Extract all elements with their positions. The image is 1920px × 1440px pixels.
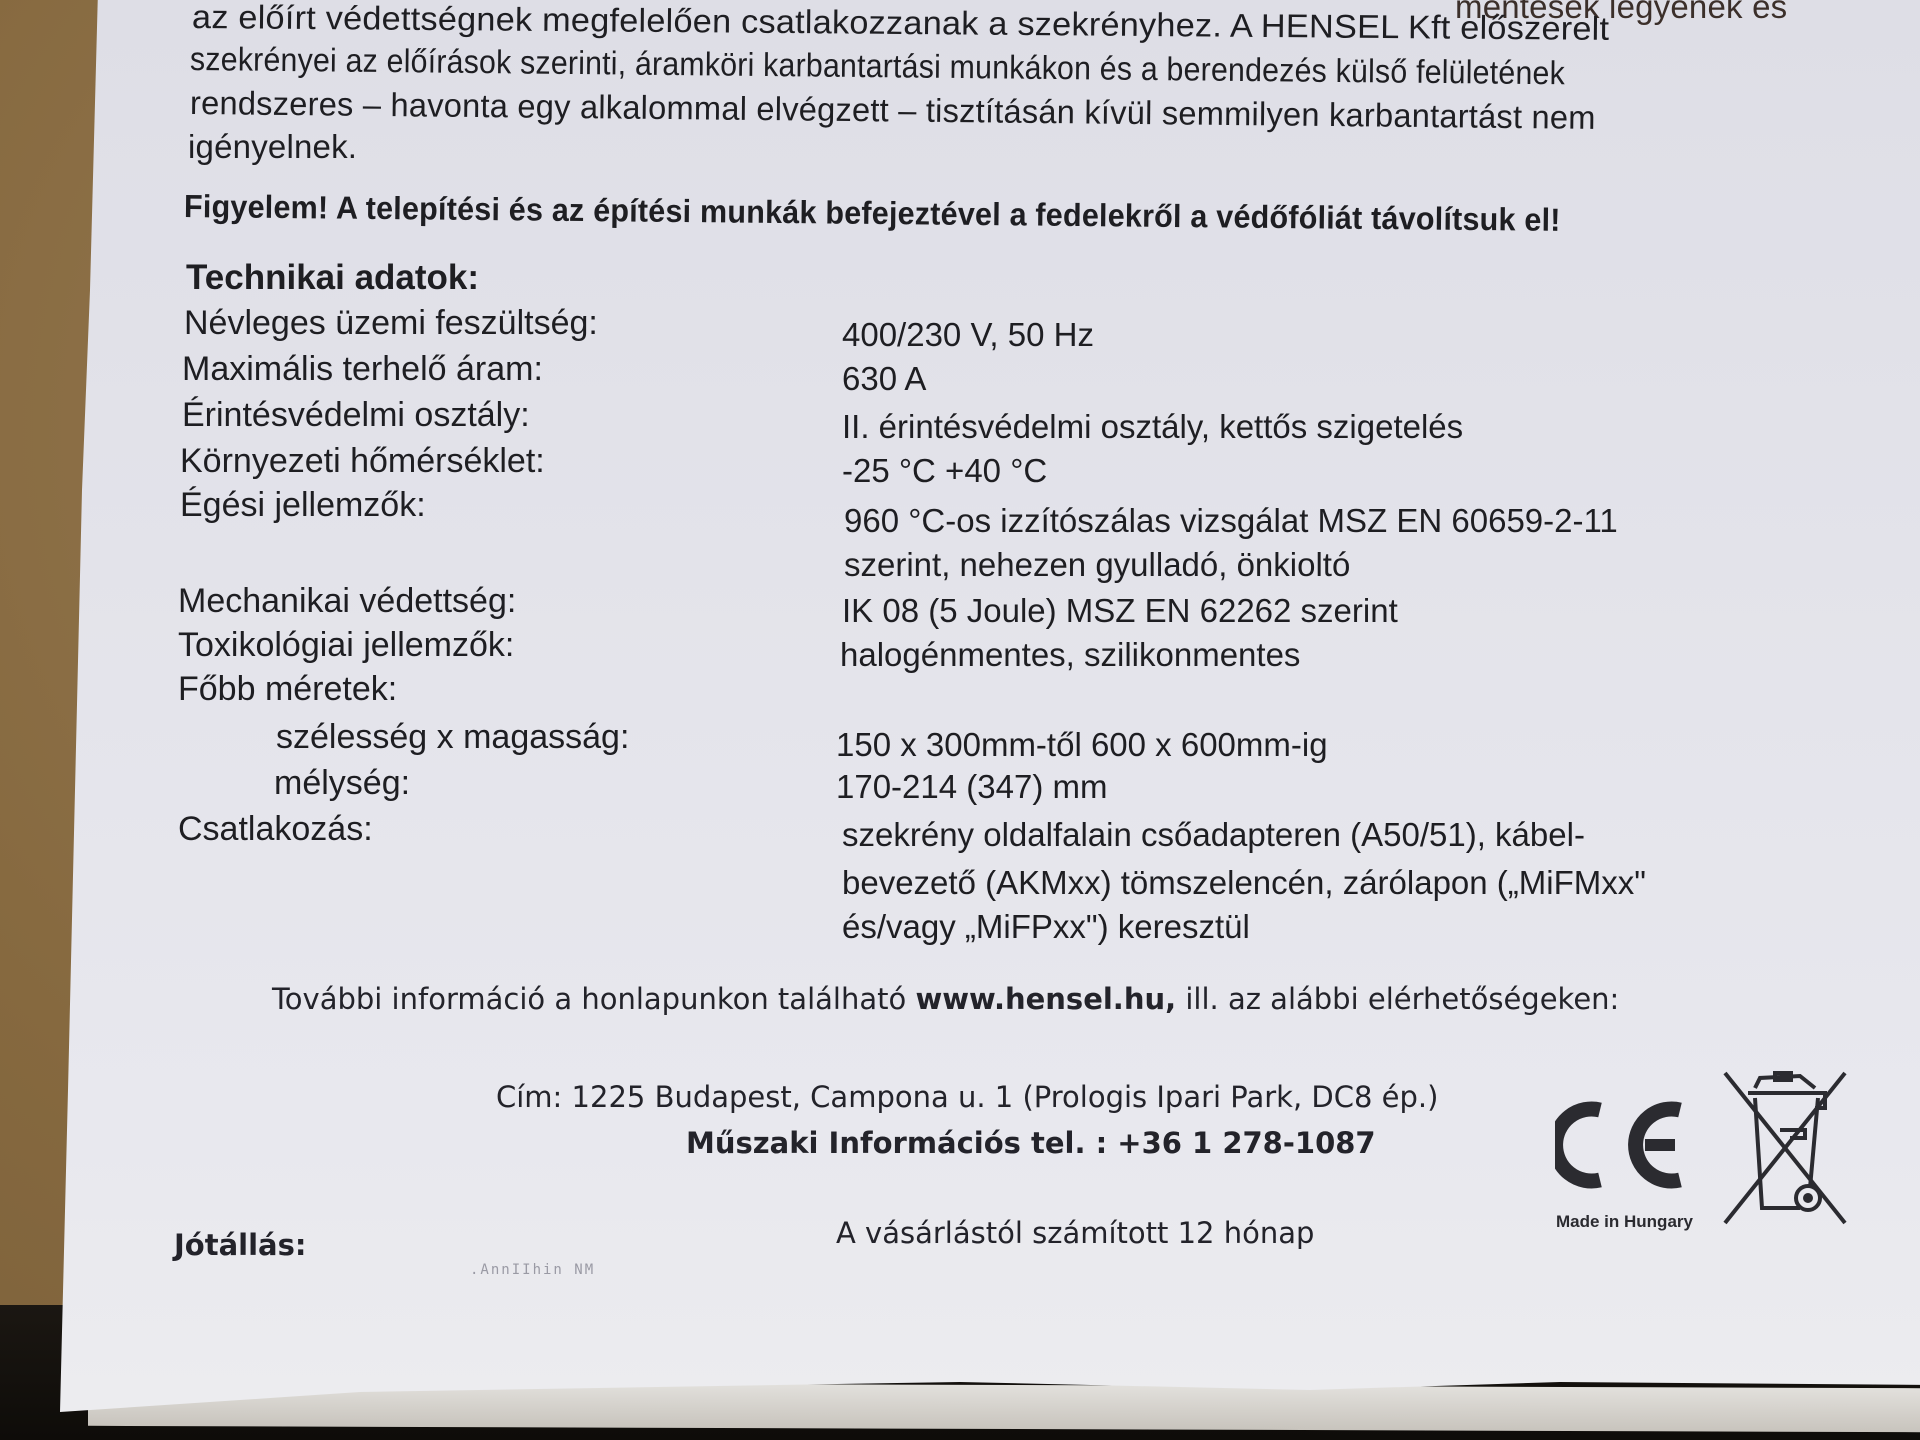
technical-heading: Technikai adatok: bbox=[186, 258, 479, 298]
spec-label: mélység: bbox=[274, 764, 410, 803]
spec-label: Csatlakozás: bbox=[178, 810, 373, 849]
spec-label: szélesség x magasság: bbox=[276, 718, 629, 757]
spec-value: IK 08 (5 Joule) MSZ EN 62262 szerint bbox=[842, 592, 1398, 630]
spec-label: Főbb méretek: bbox=[178, 670, 397, 709]
intro-line-4: igényelnek. bbox=[188, 128, 357, 166]
spec-value: 960 °C-os izzítószálas vizsgálat MSZ EN … bbox=[844, 502, 1618, 540]
more-info-prefix: További információ a honlapunkon találha… bbox=[272, 982, 915, 1016]
spec-label: Égési jellemzők: bbox=[180, 486, 426, 525]
address: Cím: 1225 Budapest, Campona u. 1 (Prolog… bbox=[496, 1080, 1438, 1114]
spec-value: 400/230 V, 50 Hz bbox=[842, 316, 1094, 354]
spec-label: Mechanikai védettség: bbox=[178, 582, 516, 621]
made-in-hungary: Made in Hungary bbox=[1556, 1212, 1693, 1232]
spec-value: bevezető (AKMxx) tömszelencén, zárólapon… bbox=[842, 864, 1646, 902]
spec-label: Érintésvédelmi osztály: bbox=[182, 396, 530, 435]
faint-stamp: .AnnIIhin NM bbox=[470, 1262, 595, 1278]
phone: Műszaki Információs tel. : +36 1 278-108… bbox=[686, 1126, 1376, 1160]
more-info-line: További információ a honlapunkon találha… bbox=[272, 982, 1619, 1016]
spec-value: szekrény oldalfalain csőadapteren (A50/5… bbox=[842, 816, 1585, 854]
spec-label: Környezeti hőmérséklet: bbox=[180, 442, 545, 481]
website-link[interactable]: www.hensel.hu, bbox=[915, 982, 1176, 1016]
spec-label: Toxikológiai jellemzők: bbox=[178, 626, 514, 665]
spec-value: szerint, nehezen gyulladó, önkioltó bbox=[844, 546, 1350, 584]
spec-value: 170-214 (347) mm bbox=[836, 768, 1107, 806]
spec-value: -25 °C +40 °C bbox=[842, 452, 1047, 490]
spec-value: II. érintésvédelmi osztály, kettős szige… bbox=[842, 408, 1463, 446]
spec-label: Névleges üzemi feszültség: bbox=[184, 304, 598, 343]
spec-value: 150 x 300mm-től 600 x 600mm-ig bbox=[836, 726, 1328, 764]
spec-value: és/vagy „MiFPxx") keresztül bbox=[842, 908, 1250, 946]
weee-crossed-bin-icon bbox=[1720, 1068, 1850, 1233]
ce-mark-icon bbox=[1555, 1100, 1695, 1195]
warranty-value: A vásárlástól számított 12 hónap bbox=[836, 1216, 1314, 1250]
spec-label: Maximális terhelő áram: bbox=[182, 350, 543, 389]
more-info-suffix: ill. az alábbi elérhetőségeken: bbox=[1176, 982, 1619, 1016]
spec-value: 630 A bbox=[842, 360, 926, 398]
warranty-label: Jótállás: bbox=[174, 1228, 306, 1262]
spec-value: halogénmentes, szilikonmentes bbox=[840, 636, 1300, 674]
